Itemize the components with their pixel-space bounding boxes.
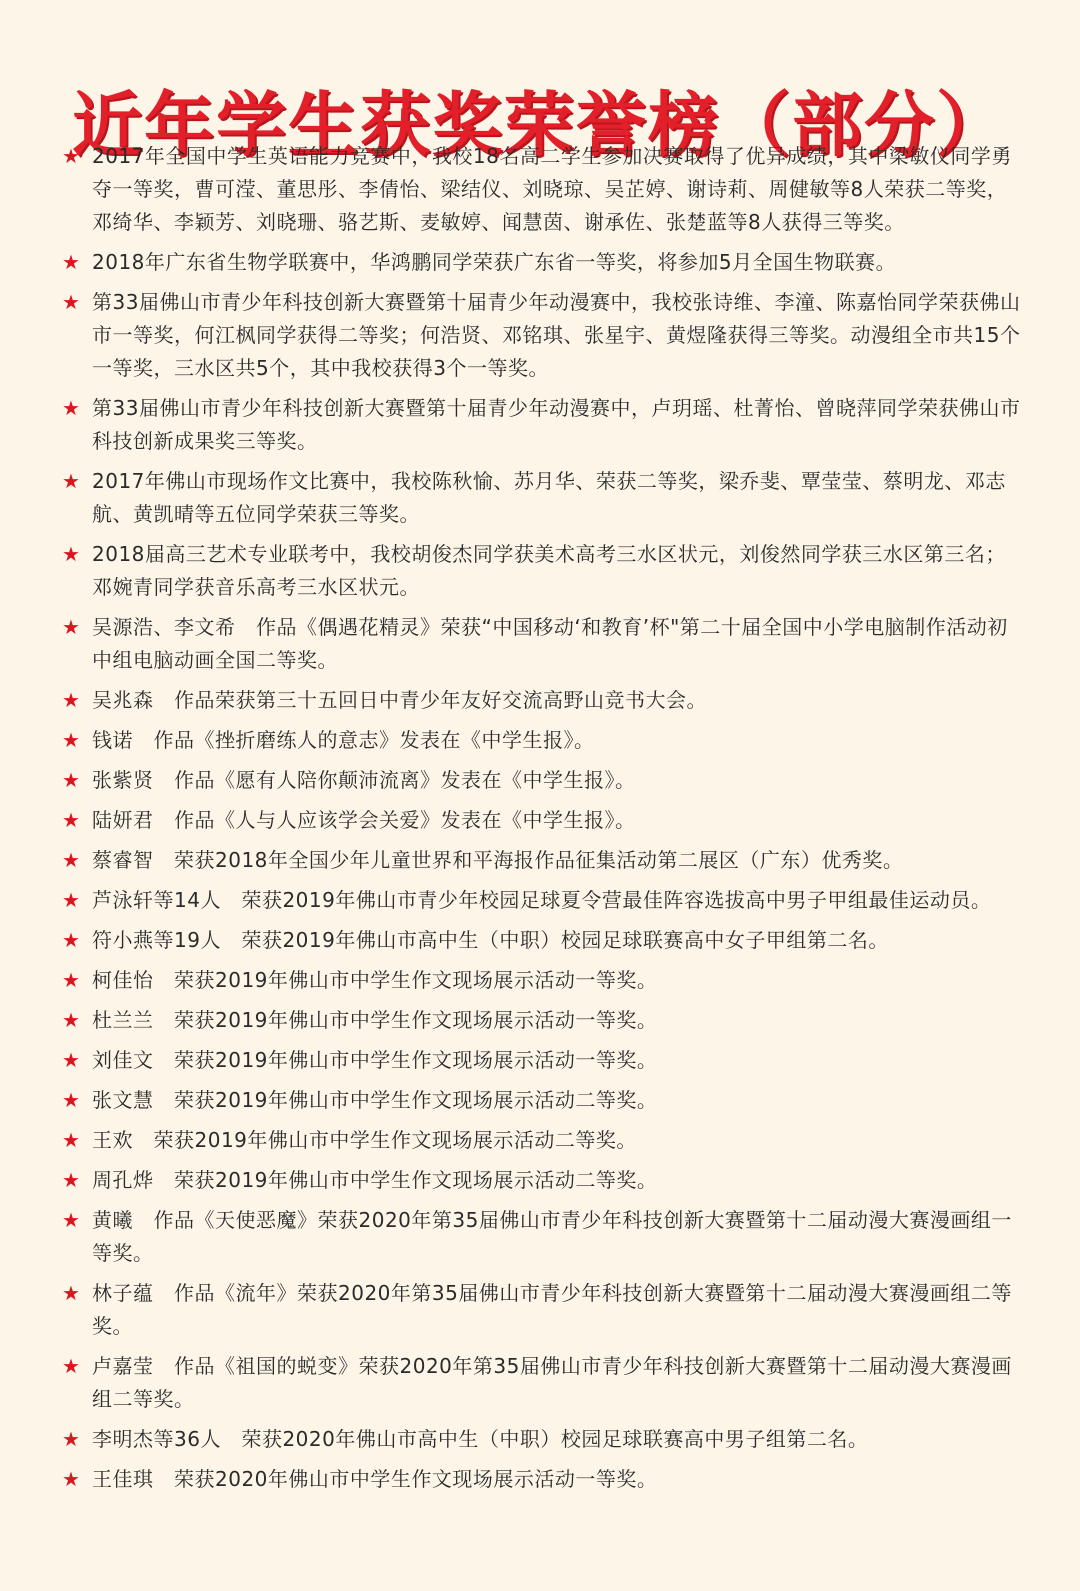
award-text: 芦泳轩等14人 荣获2019年佛山市青少年校园足球夏令营最佳阵容选拔高中男子甲组… — [92, 884, 1022, 917]
star-icon: ★ — [62, 1350, 80, 1383]
award-item: ★ 刘佳文 荣获2019年佛山市中学生作文现场展示活动一等奖。 — [62, 1044, 1022, 1077]
star-icon: ★ — [62, 1044, 80, 1077]
award-item: ★ 2018年广东省生物学联赛中，华鸿鹏同学荣获广东省一等奖，将参加5月全国生物… — [62, 246, 1022, 279]
star-icon: ★ — [62, 392, 80, 425]
award-item: ★ 杜兰兰 荣获2019年佛山市中学生作文现场展示活动一等奖。 — [62, 1004, 1022, 1037]
award-item: ★ 王欢 荣获2019年佛山市中学生作文现场展示活动二等奖。 — [62, 1124, 1022, 1157]
award-item: ★ 张文慧 荣获2019年佛山市中学生作文现场展示活动二等奖。 — [62, 1084, 1022, 1117]
star-icon: ★ — [62, 964, 80, 997]
award-text: 柯佳怡 荣获2019年佛山市中学生作文现场展示活动一等奖。 — [92, 964, 1022, 997]
award-item: ★ 陆妍君 作品《人与人应该学会关爱》发表在《中学生报》。 — [62, 804, 1022, 837]
award-item: ★ 钱诺 作品《挫折磨练人的意志》发表在《中学生报》。 — [62, 724, 1022, 757]
star-icon: ★ — [62, 246, 80, 279]
award-text: 林子蕴 作品《流年》荣获2020年第35届佛山市青少年科技创新大赛暨第十二届动漫… — [92, 1277, 1022, 1343]
award-text: 王欢 荣获2019年佛山市中学生作文现场展示活动二等奖。 — [92, 1124, 1022, 1157]
award-text: 张文慧 荣获2019年佛山市中学生作文现场展示活动二等奖。 — [92, 1084, 1022, 1117]
star-icon: ★ — [62, 724, 80, 757]
award-text: 李明杰等36人 荣获2020年佛山市高中生（中职）校园足球联赛高中男子组第二名。 — [92, 1423, 1022, 1456]
award-item: ★ 吴兆森 作品荣获第三十五回日中青少年友好交流高野山竞书大会。 — [62, 684, 1022, 717]
award-text: 周孔烨 荣获2019年佛山市中学生作文现场展示活动二等奖。 — [92, 1164, 1022, 1197]
award-text: 杜兰兰 荣获2019年佛山市中学生作文现场展示活动一等奖。 — [92, 1004, 1022, 1037]
star-icon: ★ — [62, 1277, 80, 1310]
star-icon: ★ — [62, 764, 80, 797]
award-text: 符小燕等19人 荣获2019年佛山市高中生（中职）校园足球联赛高中女子甲组第二名… — [92, 924, 1022, 957]
award-text: 蔡睿智 荣获2018年全国少年儿童世界和平海报作品征集活动第二展区（广东）优秀奖… — [92, 844, 1022, 877]
award-item: ★ 李明杰等36人 荣获2020年佛山市高中生（中职）校园足球联赛高中男子组第二… — [62, 1423, 1022, 1456]
award-item: ★ 2018届高三艺术专业联考中，我校胡俊杰同学获美术高考三水区状元，刘俊然同学… — [62, 538, 1022, 604]
award-list: ★ 2017年全国中学生英语能力竞赛中，我校18名高二学生参加决赛取得了优异成绩… — [62, 140, 1022, 1503]
award-item: ★ 第33届佛山市青少年科技创新大赛暨第十届青少年动漫赛中，我校张诗维、李潼、陈… — [62, 286, 1022, 385]
award-text: 刘佳文 荣获2019年佛山市中学生作文现场展示活动一等奖。 — [92, 1044, 1022, 1077]
award-item: ★ 吴源浩、李文希 作品《偶遇花精灵》荣获“中国移动‘和教育’杯"第二十届全国中… — [62, 611, 1022, 677]
award-item: ★ 黄曦 作品《天使恶魔》荣获2020年第35届佛山市青少年科技创新大赛暨第十二… — [62, 1204, 1022, 1270]
award-text: 吴源浩、李文希 作品《偶遇花精灵》荣获“中国移动‘和教育’杯"第二十届全国中小学… — [92, 611, 1022, 677]
award-item: ★ 张紫贤 作品《愿有人陪你颠沛流离》发表在《中学生报》。 — [62, 764, 1022, 797]
award-item: ★ 林子蕴 作品《流年》荣获2020年第35届佛山市青少年科技创新大赛暨第十二届… — [62, 1277, 1022, 1343]
star-icon: ★ — [62, 884, 80, 917]
star-icon: ★ — [62, 684, 80, 717]
star-icon: ★ — [62, 140, 80, 173]
award-item: ★ 柯佳怡 荣获2019年佛山市中学生作文现场展示活动一等奖。 — [62, 964, 1022, 997]
award-text: 钱诺 作品《挫折磨练人的意志》发表在《中学生报》。 — [92, 724, 1022, 757]
award-text: 第33届佛山市青少年科技创新大赛暨第十届青少年动漫赛中，卢玥瑶、杜菁怡、曾晓萍同… — [92, 392, 1022, 458]
star-icon: ★ — [62, 1084, 80, 1117]
award-item: ★ 第33届佛山市青少年科技创新大赛暨第十届青少年动漫赛中，卢玥瑶、杜菁怡、曾晓… — [62, 392, 1022, 458]
star-icon: ★ — [62, 844, 80, 877]
star-icon: ★ — [62, 286, 80, 319]
star-icon: ★ — [62, 1124, 80, 1157]
award-text: 第33届佛山市青少年科技创新大赛暨第十届青少年动漫赛中，我校张诗维、李潼、陈嘉怡… — [92, 286, 1022, 385]
award-text: 2017年全国中学生英语能力竞赛中，我校18名高二学生参加决赛取得了优异成绩，其… — [92, 140, 1022, 239]
award-item: ★ 芦泳轩等14人 荣获2019年佛山市青少年校园足球夏令营最佳阵容选拔高中男子… — [62, 884, 1022, 917]
star-icon: ★ — [62, 804, 80, 837]
award-text: 王佳琪 荣获2020年佛山市中学生作文现场展示活动一等奖。 — [92, 1463, 1022, 1496]
award-item: ★ 周孔烨 荣获2019年佛山市中学生作文现场展示活动二等奖。 — [62, 1164, 1022, 1197]
star-icon: ★ — [62, 1164, 80, 1197]
star-icon: ★ — [62, 1004, 80, 1037]
award-item: ★ 卢嘉莹 作品《祖国的蜕变》荣获2020年第35届佛山市青少年科技创新大赛暨第… — [62, 1350, 1022, 1416]
award-item: ★ 符小燕等19人 荣获2019年佛山市高中生（中职）校园足球联赛高中女子甲组第… — [62, 924, 1022, 957]
star-icon: ★ — [62, 924, 80, 957]
award-text: 张紫贤 作品《愿有人陪你颠沛流离》发表在《中学生报》。 — [92, 764, 1022, 797]
award-text: 2017年佛山市现场作文比赛中，我校陈秋愉、苏月华、荣获二等奖，梁乔斐、覃莹莹、… — [92, 465, 1022, 531]
award-text: 吴兆森 作品荣获第三十五回日中青少年友好交流高野山竞书大会。 — [92, 684, 1022, 717]
award-text: 2018年广东省生物学联赛中，华鸿鹏同学荣获广东省一等奖，将参加5月全国生物联赛… — [92, 246, 1022, 279]
award-item: ★ 蔡睿智 荣获2018年全国少年儿童世界和平海报作品征集活动第二展区（广东）优… — [62, 844, 1022, 877]
star-icon: ★ — [62, 1204, 80, 1237]
star-icon: ★ — [62, 1423, 80, 1456]
award-item: ★ 2017年全国中学生英语能力竞赛中，我校18名高二学生参加决赛取得了优异成绩… — [62, 140, 1022, 239]
star-icon: ★ — [62, 611, 80, 644]
award-item: ★ 王佳琪 荣获2020年佛山市中学生作文现场展示活动一等奖。 — [62, 1463, 1022, 1496]
star-icon: ★ — [62, 538, 80, 571]
award-text: 卢嘉莹 作品《祖国的蜕变》荣获2020年第35届佛山市青少年科技创新大赛暨第十二… — [92, 1350, 1022, 1416]
award-text: 黄曦 作品《天使恶魔》荣获2020年第35届佛山市青少年科技创新大赛暨第十二届动… — [92, 1204, 1022, 1270]
award-text: 陆妍君 作品《人与人应该学会关爱》发表在《中学生报》。 — [92, 804, 1022, 837]
award-item: ★ 2017年佛山市现场作文比赛中，我校陈秋愉、苏月华、荣获二等奖，梁乔斐、覃莹… — [62, 465, 1022, 531]
star-icon: ★ — [62, 1463, 80, 1496]
star-icon: ★ — [62, 465, 80, 498]
award-text: 2018届高三艺术专业联考中，我校胡俊杰同学获美术高考三水区状元，刘俊然同学获三… — [92, 538, 1022, 604]
